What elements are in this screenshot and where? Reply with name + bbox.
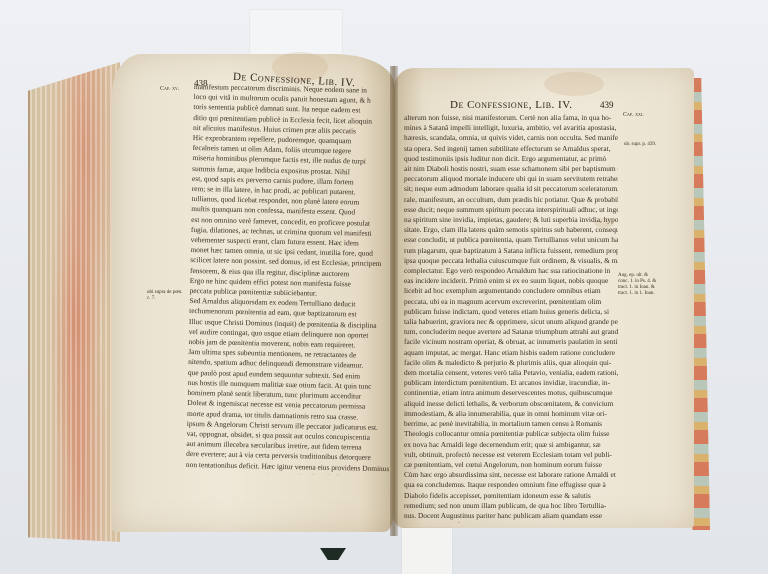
text-line: esse ducit; neque summum spiritum peccat… [404,205,618,215]
text-line: dem mortalia censent, veteres verò talia… [404,368,618,378]
text-line: mines à Satanâ impelli intelligit, luxur… [404,123,618,133]
text-line: hæresis, scandala, omnia, ut quivis vide… [404,133,618,143]
left-margin-note: ubi supra de pœn. c. 7. [147,290,187,302]
text-line: tum, concluderim neque avertere ad Satan… [404,327,618,337]
left-page-text: manifestum peccatorum discriminis. Neque… [186,82,426,477]
water-stain [544,72,604,96]
text-line: rum plagarum, quæ baptizatum à Satana in… [404,246,618,256]
text-line: vult, obtinuit, profectò necesse est vet… [404,450,618,460]
text-line: ex nova hac Arnaldi lege decernendum eri… [404,440,618,450]
text-line: continentiæ, etiam intra animum deserves… [404,388,618,398]
text-line: rale, manifestum, an occultum, dum prædi… [404,195,618,205]
text-line: remedium; sed non unum illam publicam, d… [404,501,618,511]
text-line: peccata, ubi ea in magnum acervum excrev… [404,297,618,307]
text-line: peccatorum aliquod mortale inducere ubi … [404,174,618,184]
text-line: publicam interdictum pœnitentium. Et arc… [404,378,618,388]
text-line: publicam fuisse indictam, quod veteres e… [404,307,618,317]
text-line: facile olim & maledicto & perjurio & plu… [404,358,618,368]
right-running-head: De Confessione, Lib. IV. [450,99,572,111]
paper-slip-bottom [402,528,452,574]
book-fore-edge-left [28,62,120,542]
text-line: cæ pœnitentiam, vel cœtui Angelorum, non… [404,460,618,470]
right-page-number: 439 [600,100,614,110]
text-line: aliquid inesse delicti lethalis, & verbo… [404,399,618,409]
bookmark-ribbon [320,548,346,560]
text-line: nus. Docent Augustinus pariter hanc publ… [404,511,618,521]
paper-slip-top [250,10,342,58]
text-line: sit; neque eum admodum laborare qualia i… [404,184,618,194]
text-line: eas incidere inciderit. Primò enim si ex… [404,276,618,286]
text-line: talia habuerint, graviora nec & opprimer… [404,317,618,327]
text-line: aquam imputat, ac mergat. Hanc etiam his… [404,348,618,358]
text-line: qua ea concludemus. Itaque respondeo omn… [404,480,618,490]
text-line: na spiritum sine invidia, impietas, gaud… [404,215,618,225]
photo-scene: 438 De Confessione, Lib. IV. Cap. xv. ub… [0,0,768,574]
text-line: esse concludit, ut publica pœnitentia, q… [404,235,618,245]
text-line: facile vicinum nostram operiat, & obruat… [404,337,618,347]
text-line: licebit ad hoc exemplum argumentando con… [404,286,618,296]
text-line: berrime, ac penè inevitabilia, in mortal… [404,419,618,429]
right-chapter-mark: Cap. xxi. [623,112,644,118]
right-page-text: alterum non fuisse, nisi manifestorum. C… [404,113,618,523]
text-line: Diabolo fidelis accepisset, pœnitentiam … [404,491,618,501]
text-line: complectatur. Ego verò respondeo Arnaldu… [404,266,618,276]
right-margin-note-upper: ub. supr. p. 439. [624,142,664,148]
text-line: immodestiam, & alia innumerabilia, quæ i… [404,409,618,419]
text-line: quotidianam, qua facile quotidiana vulne… [404,521,618,523]
text-line: quod testimoniis ipsis luditur non dicit… [404,154,618,164]
left-chapter-mark: Cap. xv. [160,86,179,92]
text-line: Cùm hæc ergo absurdissima sint, necesse … [404,470,618,480]
text-line: sitate. Ergo, clam illa latens quàm semo… [404,225,618,235]
text-line: ait nim Diaboli hostis nostri, suam esse… [404,164,618,174]
text-line: alterum non fuisse, nisi manifestorum. C… [404,113,618,123]
right-margin-note-middle: Aug. ep. ult. & conc. 1. in Ps. 4. & tra… [618,273,658,297]
text-line: sta opera. Sed ingenij tamen subtilitate… [404,144,618,154]
text-line: Theologis collocantur omnia pœnitentiæ p… [404,429,618,439]
text-line: ipsa quoque peccata lethalia cuiuscumque… [404,256,618,266]
